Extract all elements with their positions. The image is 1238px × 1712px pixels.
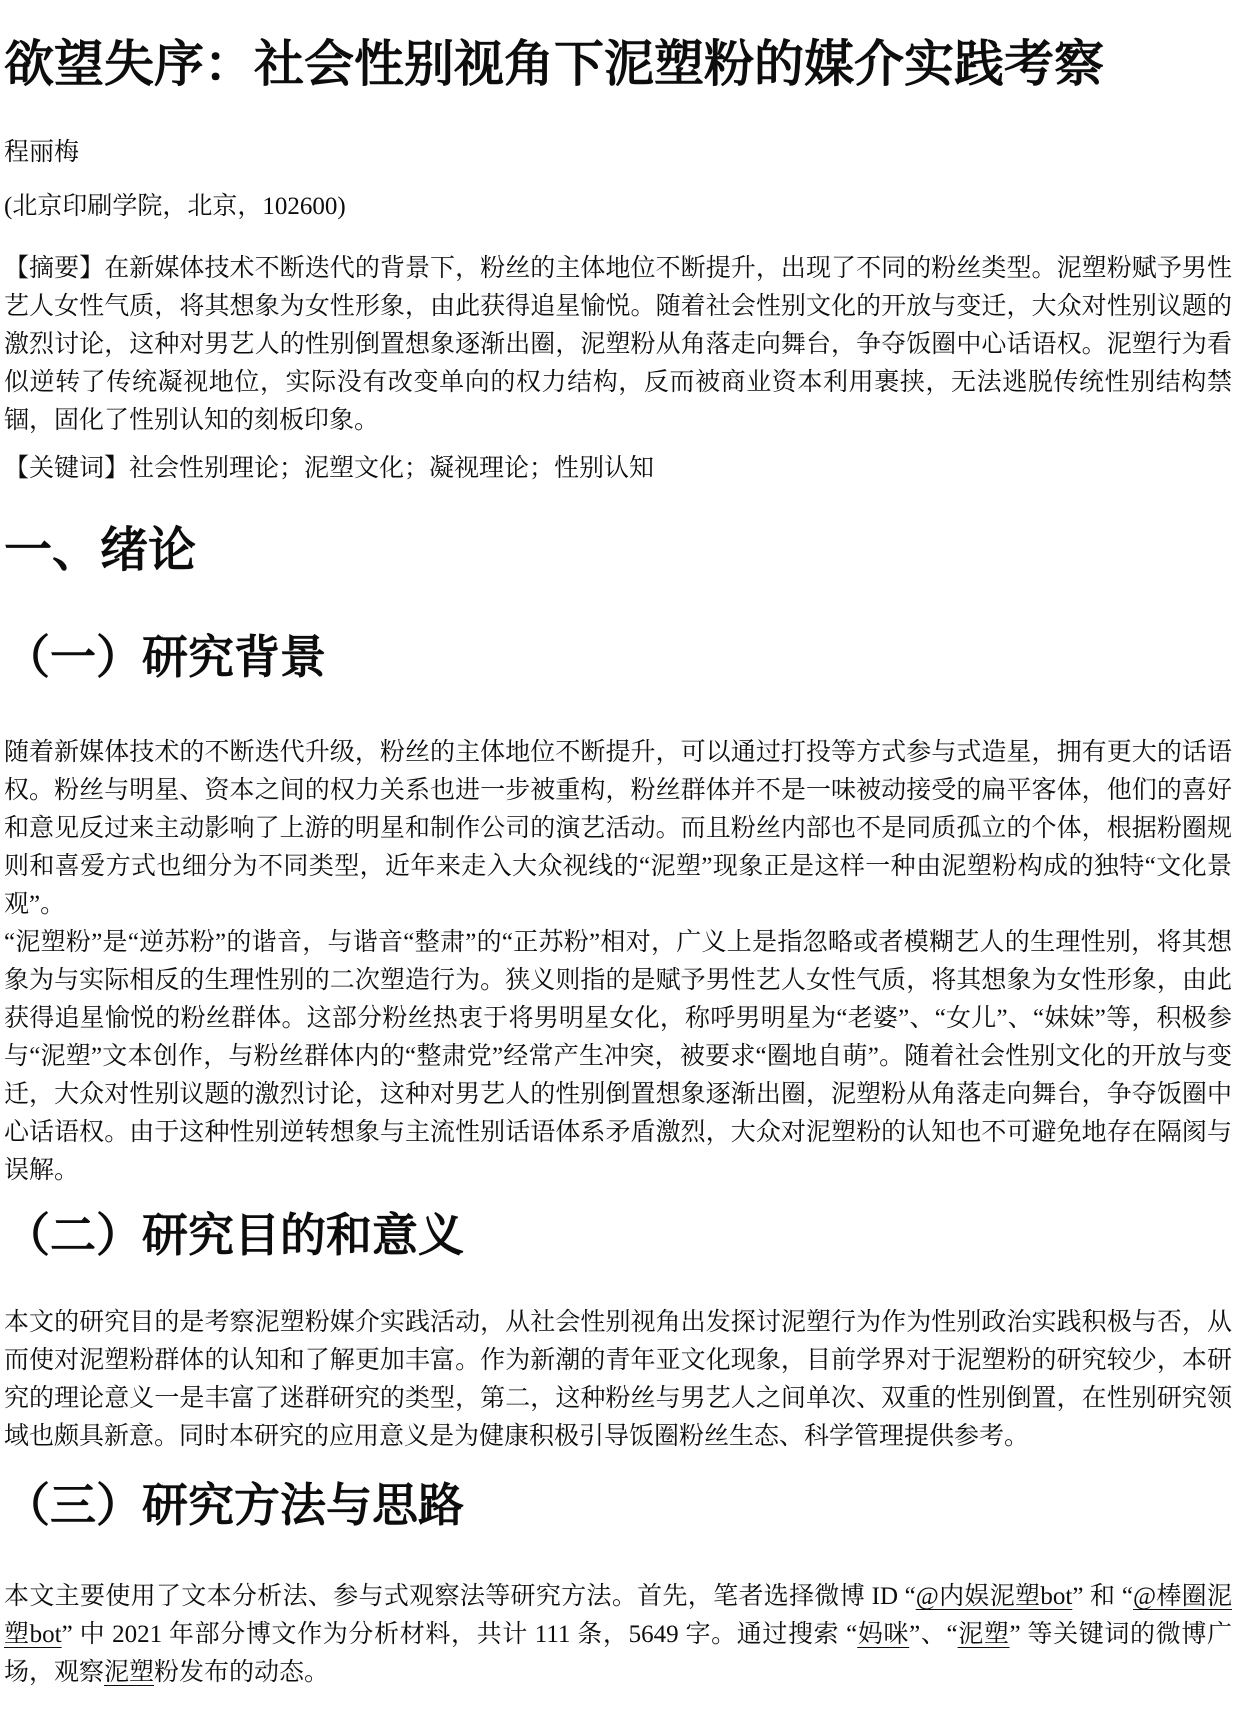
text-run: ”、“ bbox=[909, 1621, 957, 1648]
text-run: ” 和 “ bbox=[1072, 1583, 1133, 1610]
methods-paragraph: 本文主要使用了文本分析法、参与式观察法等研究方法。首先，笔者选择微博 ID “@… bbox=[4, 1578, 1232, 1692]
underlined-term: 泥塑 bbox=[958, 1621, 1010, 1648]
section-heading-introduction: 一、绪论 bbox=[4, 523, 1232, 579]
abstract-paragraph: 【摘要】在新媒体技术不断迭代的背景下，粉丝的主体地位不断提升，出现了不同的粉丝类… bbox=[4, 250, 1232, 440]
subsection-heading-purpose-significance: （二）研究目的和意义 bbox=[4, 1208, 1232, 1262]
background-paragraph-2: “泥塑粉”是“逆苏粉”的谐音，与谐音“整肃”的“正苏粉”相对，广义上是指忽略或者… bbox=[4, 924, 1232, 1190]
paper-title: 欲望失序：社会性别视角下泥塑粉的媒介实践考察 bbox=[4, 36, 1232, 92]
keywords-paragraph: 【关键词】社会性别理论；泥塑文化；凝视理论；性别认知 bbox=[4, 450, 1232, 488]
underlined-term: 妈咪 bbox=[857, 1621, 909, 1648]
document-page: 欲望失序：社会性别视角下泥塑粉的媒介实践考察 程丽梅 (北京印刷学院，北京，10… bbox=[0, 0, 1238, 1712]
text-run: ” 中 2021 年部分博文作为分析材料，共计 111 条，5649 字。通过搜… bbox=[62, 1621, 858, 1648]
text-run: 本文主要使用了文本分析法、参与式观察法等研究方法。首先，笔者选择微博 ID “ bbox=[4, 1583, 916, 1610]
purpose-paragraph: 本文的研究目的是考察泥塑粉媒介实践活动，从社会性别视角出发探讨泥塑行为作为性别政… bbox=[4, 1304, 1232, 1456]
affiliation: (北京印刷学院，北京，102600) bbox=[4, 188, 1232, 226]
subsection-heading-methods: （三）研究方法与思路 bbox=[4, 1478, 1232, 1532]
text-run: 粉发布的动态。 bbox=[154, 1659, 329, 1686]
author-name: 程丽梅 bbox=[4, 134, 1232, 172]
underlined-term: 泥塑 bbox=[104, 1659, 154, 1686]
subsection-heading-research-background: （一）研究背景 bbox=[4, 630, 1232, 684]
background-paragraph-1: 随着新媒体技术的不断迭代升级，粉丝的主体地位不断提升，可以通过打投等方式参与式造… bbox=[4, 734, 1232, 924]
underlined-term: @内娱泥塑bot bbox=[916, 1583, 1073, 1610]
